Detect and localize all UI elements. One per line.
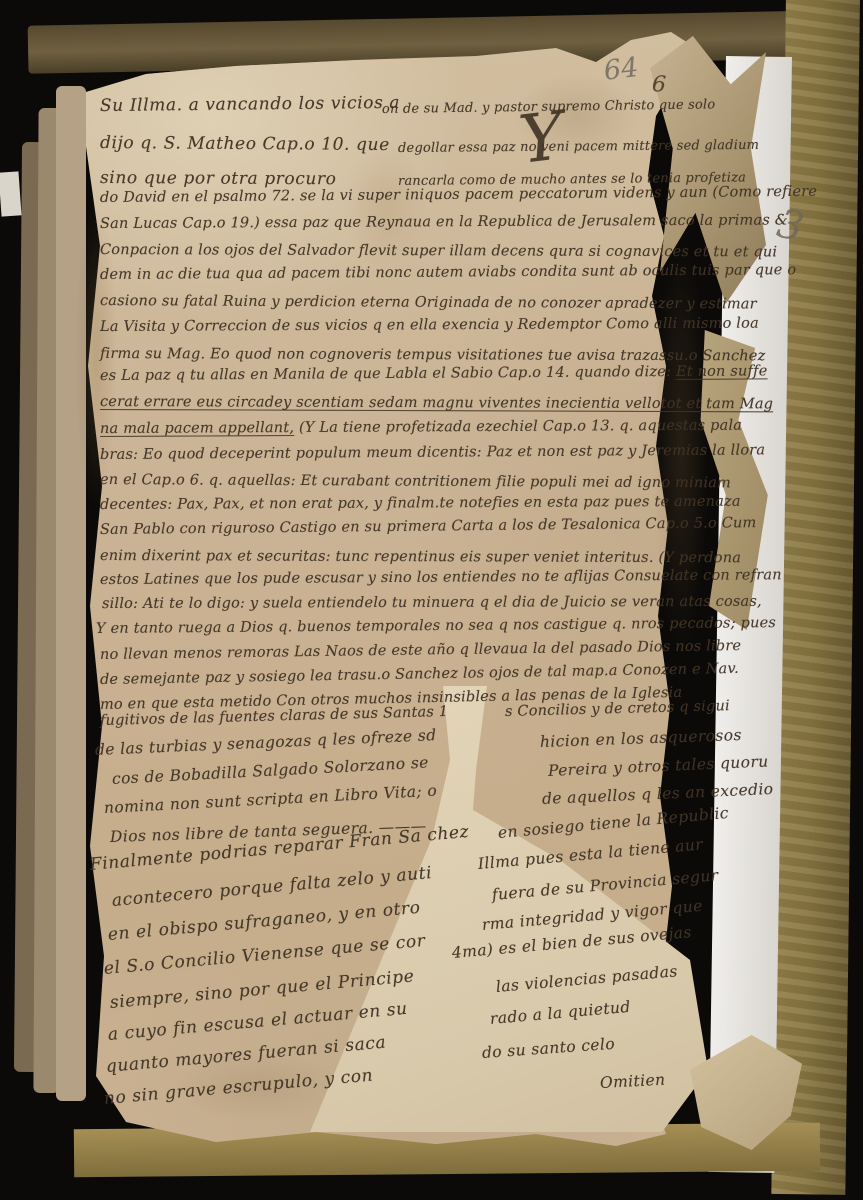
white-tab-left-edge (0, 171, 22, 216)
manuscript-line: Conpacion a los ojos del Salvador flevit… (100, 242, 777, 260)
manuscript-photo: 64 6 3 Su Illma. a vancando los vicios a… (0, 0, 863, 1200)
folio-number-pencil: 64 (602, 52, 640, 87)
manuscript-line: dem in ac die tua qua ad pacem tibi nonc… (100, 262, 796, 283)
manuscript-line: degollar essa paz no veni pacem mittere … (398, 138, 759, 156)
manuscript-line: cerat errare eus circadey scentiam sedam… (100, 394, 773, 412)
manuscript-line: es La paz q tu allas en Manila de que La… (100, 363, 768, 384)
manuscript-line: La Visita y Correccion de sus vicios q e… (100, 316, 759, 335)
manuscript-line: bras: Eo quod deceperint populum meum di… (100, 442, 765, 463)
quote-underlined: na mala pacem appellant, (100, 420, 294, 437)
flourish-mark: Y (516, 103, 567, 174)
manuscript-line: enim dixerint pax et securitas: tunc rep… (100, 548, 741, 566)
page-edge-stack-3 (56, 86, 86, 1101)
manuscript-line: firma su Mag. Eo quod non cognoveris tem… (100, 346, 766, 364)
manuscript-line: sillo: Ati te lo digo: y suela entiendel… (102, 594, 762, 612)
manuscript-line: estos Latines que los pude escusar y sin… (100, 567, 782, 588)
manuscript-line: sino que por otra procuro (100, 168, 337, 189)
manuscript-line: en el Cap.o 6. q. aquellas: Et curabant … (100, 472, 731, 491)
manuscript-line: decentes: Pax, Pax, et non erat pax, y f… (100, 494, 741, 513)
quote-post: (Y La tiene profetizada ezechiel Cap.o 1… (294, 418, 742, 436)
manuscript-line: casiono su fatal Ruina y perdicion etern… (100, 293, 757, 312)
manuscript-line: Su Illma. a vancando los vicios a (100, 93, 400, 116)
folio-number-ink: 6 (651, 72, 666, 98)
manuscript-signoff: Omitien (600, 1071, 666, 1092)
quote-underlined: Et non suffe (676, 363, 768, 380)
manuscript-line: na mala pacem appellant, (Y La tiene pro… (100, 418, 742, 437)
manuscript-line: dijo q. S. Matheo Cap.o 10. que (100, 133, 390, 155)
